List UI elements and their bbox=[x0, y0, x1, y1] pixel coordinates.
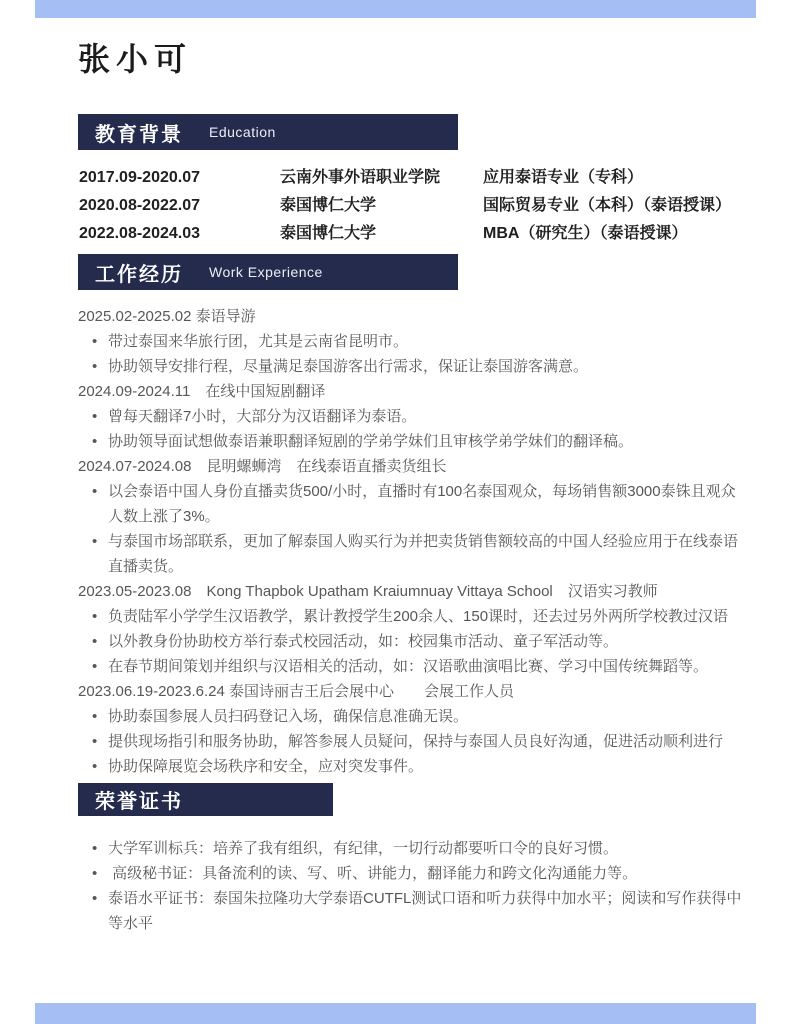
job-bullet-list: 协助泰国参展人员扫码登记入场，确保信息准确无误。 提供现场指引和服务协助，解答参… bbox=[78, 704, 743, 779]
job-bullet-list: 曾每天翻译7小时，大部分为汉语翻译为泰语。 协助领导面试想做泰语兼职翻译短剧的学… bbox=[78, 404, 743, 454]
education-title-zh: 教育背景 bbox=[95, 118, 183, 147]
job-entry: 2023.06.19-2023.6.24 泰国诗丽吉王后会展中心 会展工作人员 … bbox=[78, 679, 743, 779]
section-header-education: 教育背景 Education bbox=[78, 114, 458, 150]
education-school: 泰国博仁大学 bbox=[280, 192, 483, 220]
job-bullet-list: 以会泰语中国人身份直播卖货500/小时，直播时有100名泰国观众，每场销售额30… bbox=[78, 479, 743, 579]
honor-bullet: 高级秘书证：具备流利的读、写、听、讲能力，翻译能力和跨文化沟通能力等。 bbox=[78, 861, 743, 886]
education-period: 2022.08-2024.03 bbox=[79, 220, 280, 248]
section-header-work-experience: 工作经历 Work Experience bbox=[78, 254, 458, 290]
top-accent-bar bbox=[35, 0, 756, 18]
job-bullet: 协助领导安排行程，尽量满足泰国游客出行需求，保证让泰国游客满意。 bbox=[78, 354, 743, 379]
job-bullet-list: 带过泰国来华旅行团，尤其是云南省昆明市。 协助领导安排行程，尽量满足泰国游客出行… bbox=[78, 329, 743, 379]
job-bullet: 带过泰国来华旅行团，尤其是云南省昆明市。 bbox=[78, 329, 743, 354]
education-school: 云南外事外语职业学院 bbox=[280, 164, 483, 192]
job-heading: 2023.06.19-2023.6.24 泰国诗丽吉王后会展中心 会展工作人员 bbox=[78, 679, 743, 704]
job-bullet: 协助泰国参展人员扫码登记入场，确保信息准确无误。 bbox=[78, 704, 743, 729]
job-bullet: 协助保障展览会场秩序和安全，应对突发事件。 bbox=[78, 754, 743, 779]
education-period: 2020.08-2022.07 bbox=[79, 192, 280, 220]
job-heading: 2025.02-2025.02 泰语导游 bbox=[78, 304, 743, 329]
education-table: 2017.09-2020.07 云南外事外语职业学院 应用泰语专业（专科） 20… bbox=[79, 164, 743, 248]
work-title-zh: 工作经历 bbox=[95, 258, 183, 287]
job-entry: 2025.02-2025.02 泰语导游 带过泰国来华旅行团，尤其是云南省昆明市… bbox=[78, 304, 743, 379]
education-major: 应用泰语专业（专科） bbox=[483, 164, 743, 192]
education-major: MBA（研究生）（泰语授课） bbox=[483, 220, 743, 248]
work-experience-list: 2025.02-2025.02 泰语导游 带过泰国来华旅行团，尤其是云南省昆明市… bbox=[78, 304, 743, 779]
education-row: 2022.08-2024.03 泰国博仁大学 MBA（研究生）（泰语授课） bbox=[79, 220, 743, 248]
job-heading: 2024.09-2024.11 在线中国短剧翻译 bbox=[78, 379, 743, 404]
job-entry: 2024.07-2024.08 昆明螺蛳湾 在线泰语直播卖货组长 以会泰语中国人… bbox=[78, 454, 743, 579]
job-entry: 2024.09-2024.11 在线中国短剧翻译 曾每天翻译7小时，大部分为汉语… bbox=[78, 379, 743, 454]
job-bullet: 负责陆军小学学生汉语教学，累计教授学生200余人、150课时，还去过另外两所学校… bbox=[78, 604, 743, 629]
education-title-en: Education bbox=[209, 124, 276, 140]
education-period: 2017.09-2020.07 bbox=[79, 164, 280, 192]
resume-page: 张小可 教育背景 Education 2017.09-2020.07 云南外事外… bbox=[78, 28, 743, 936]
honors-title-zh: 荣誉证书 bbox=[95, 785, 183, 814]
job-bullet: 协助领导面试想做泰语兼职翻译短剧的学弟学妹们且审核学弟学妹们的翻译稿。 bbox=[78, 429, 743, 454]
work-title-en: Work Experience bbox=[209, 264, 323, 280]
honor-bullet: 泰语水平证书：泰国朱拉隆功大学泰语CUTFL测试口语和听力获得中加水平；阅读和写… bbox=[78, 886, 743, 936]
job-heading: 2023.05-2023.08 Kong Thapbok Upatham Kra… bbox=[78, 579, 743, 604]
honor-bullet: 大学军训标兵：培养了我有组织，有纪律，一切行动都要听口令的良好习惯。 bbox=[78, 836, 743, 861]
education-major: 国际贸易专业（本科）（泰语授课） bbox=[483, 192, 743, 220]
education-row: 2017.09-2020.07 云南外事外语职业学院 应用泰语专业（专科） bbox=[79, 164, 743, 192]
education-row: 2020.08-2022.07 泰国博仁大学 国际贸易专业（本科）（泰语授课） bbox=[79, 192, 743, 220]
bottom-accent-bar bbox=[35, 1003, 756, 1024]
candidate-name: 张小可 bbox=[78, 40, 743, 78]
job-bullet: 曾每天翻译7小时，大部分为汉语翻译为泰语。 bbox=[78, 404, 743, 429]
job-entry: 2023.05-2023.08 Kong Thapbok Upatham Kra… bbox=[78, 579, 743, 679]
job-bullet: 提供现场指引和服务协助，解答参展人员疑问，保持与泰国人员良好沟通，促进活动顺利进… bbox=[78, 729, 743, 754]
job-bullet: 以外教身份协助校方举行泰式校园活动，如：校园集市活动、童子军活动等。 bbox=[78, 629, 743, 654]
job-bullet-list: 负责陆军小学学生汉语教学，累计教授学生200余人、150课时，还去过另外两所学校… bbox=[78, 604, 743, 679]
education-school: 泰国博仁大学 bbox=[280, 220, 483, 248]
honors-bullet-list: 大学军训标兵：培养了我有组织，有纪律，一切行动都要听口令的良好习惯。 高级秘书证… bbox=[78, 836, 743, 936]
job-bullet: 在春节期间策划并组织与汉语相关的活动，如：汉语歌曲演唱比赛、学习中国传统舞蹈等。 bbox=[78, 654, 743, 679]
job-bullet: 与泰国市场部联系，更加了解泰国人购买行为并把卖货销售额较高的中国人经验应用于在线… bbox=[78, 529, 743, 579]
job-bullet: 以会泰语中国人身份直播卖货500/小时，直播时有100名泰国观众，每场销售额30… bbox=[78, 479, 743, 529]
job-heading: 2024.07-2024.08 昆明螺蛳湾 在线泰语直播卖货组长 bbox=[78, 454, 743, 479]
honors-list: 大学军训标兵：培养了我有组织，有纪律，一切行动都要听口令的良好习惯。 高级秘书证… bbox=[78, 836, 743, 936]
section-header-honors: 荣誉证书 bbox=[78, 783, 333, 816]
